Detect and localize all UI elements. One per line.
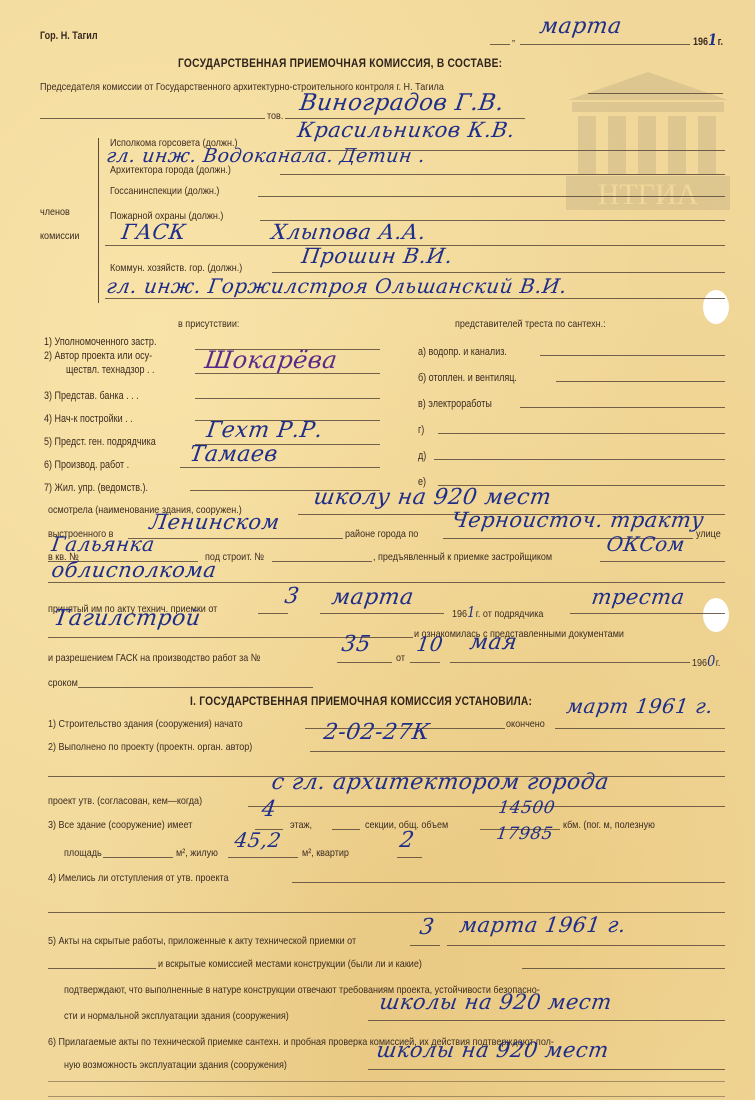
- contractor-value-2[interactable]: Тагилстрой: [52, 606, 202, 631]
- area-label: площадь: [64, 847, 102, 859]
- item6-line2: ную возможность эксплуатации здания (соо…: [64, 1059, 287, 1071]
- presence-label-7: 7) Жил. упр. (ведомств.).: [44, 482, 148, 494]
- member-value-gask[interactable]: ГАСК: [120, 220, 188, 244]
- item5-line4: сти и нормальной эксплуатации здания (со…: [64, 1010, 289, 1022]
- presence-label-1: 1) Уполномоченного застр.: [44, 336, 156, 348]
- street-label: улице: [696, 528, 721, 540]
- permit-day-value[interactable]: 10: [415, 632, 445, 656]
- archive-watermark-icon: НТГИА: [558, 70, 738, 210]
- trust-label-a: а) водопр. и канализ.: [418, 346, 507, 358]
- members-bracket: [98, 138, 99, 303]
- member-value-gorzhilstroy[interactable]: гл. инж. Горжилстроя Ольшанский В.И.: [105, 274, 569, 298]
- district-value[interactable]: Ленинском: [148, 510, 281, 534]
- permit-from-label: от: [396, 652, 405, 664]
- trust-label-v: в) электроработы: [418, 398, 492, 410]
- members-side-label-2: комиссии: [40, 230, 79, 242]
- member-label-communal: Коммун. хозяйств. гор. (должн.): [110, 262, 242, 274]
- trust-label-g: г): [418, 424, 424, 436]
- project-approved-value[interactable]: с гл. архитектором города: [270, 770, 611, 795]
- item5-line2: и вскрытые комиссией местами конструкции…: [158, 958, 422, 970]
- item5-value[interactable]: школы на 920 мест: [378, 990, 613, 1014]
- examined-value[interactable]: школу на 920 мест: [312, 485, 553, 510]
- living-area-value[interactable]: 45,2: [233, 828, 283, 852]
- document-title: ГОСУДАРСТВЕННАЯ ПРИЕМОЧНАЯ КОМИССИЯ, В С…: [178, 56, 502, 70]
- svg-text:НТГИА: НТГИА: [598, 178, 699, 210]
- item1-label: 1) Строительство здания (сооружения) нач…: [48, 718, 243, 730]
- presence-left-header: в присутствии:: [178, 318, 239, 330]
- district-label: районе города по: [345, 528, 418, 540]
- item2-value[interactable]: 2-02-27К: [322, 720, 431, 745]
- presence-label-2b: ществл. технадзор . .: [66, 364, 155, 376]
- volume-value-2[interactable]: 17985: [495, 824, 554, 844]
- presence-value-works[interactable]: Тамаев: [188, 442, 279, 467]
- presence-label-3: 3) Представ. банка . . .: [44, 390, 139, 402]
- quarter-value[interactable]: Гальянка: [50, 532, 156, 556]
- living-unit: м², квартир: [302, 847, 349, 859]
- member-value-ispolkom[interactable]: Красильников К.В.: [296, 118, 517, 142]
- presence-label-5: 5) Предст. ген. подрядчика: [44, 436, 156, 448]
- punch-hole: [703, 598, 729, 632]
- item3-label: 3) Все здание (сооружение) имеет: [48, 819, 192, 831]
- member-value-khlypova[interactable]: Хлыпова А.А.: [270, 220, 428, 244]
- presence-label-4: 4) Нач-к постройки . .: [44, 413, 133, 425]
- item5-date-value[interactable]: марта 1961 г.: [458, 913, 628, 937]
- act-year-label: 1961г. от подрядчика: [452, 603, 543, 621]
- act-day-value[interactable]: 3: [283, 584, 301, 609]
- permit-no-value[interactable]: 35: [340, 632, 373, 657]
- permit-label: и разрешением ГАСК на производство работ…: [48, 652, 260, 664]
- presented-label: , предъявленный к приемке застройщиком: [373, 551, 552, 563]
- item2-label: 2) Выполнено по проекту (проектн. орган.…: [48, 741, 252, 753]
- act-month-value[interactable]: марта: [330, 585, 415, 610]
- term-label: сроком: [48, 677, 78, 689]
- presence-value-contractor[interactable]: Гехт Р.Р.: [205, 418, 324, 443]
- header-month-value[interactable]: марта: [538, 14, 623, 39]
- chairman-name-value[interactable]: Виноградов Г.В.: [298, 90, 506, 116]
- contractor-value-1[interactable]: треста: [590, 585, 686, 609]
- presence-label-6: 6) Производ. работ .: [44, 459, 129, 471]
- area-unit: м², жилую: [176, 847, 218, 859]
- header-year: 1961г.: [693, 30, 723, 49]
- item4-label: 4) Имелись ли отступления от утв. проект…: [48, 872, 229, 884]
- item5-day-value[interactable]: 3: [418, 915, 436, 940]
- quote-mark: „: [512, 32, 515, 44]
- permit-year-label: 1960г.: [692, 652, 720, 670]
- volume-value-1[interactable]: 14500: [497, 798, 556, 818]
- developer-value-2[interactable]: облисполкома: [50, 558, 218, 582]
- section1-title: I. ГОСУДАРСТВЕННАЯ ПРИЕМОЧНАЯ КОМИССИЯ У…: [190, 694, 532, 708]
- developer-value-1[interactable]: ОКСом: [605, 532, 687, 556]
- project-approved-label: проект утв. (согласован, кем—когда): [48, 795, 202, 807]
- floors-value[interactable]: 4: [260, 797, 278, 822]
- item5-label: 5) Акты на скрытые работы, приложенные к…: [48, 935, 356, 947]
- floors-label: этаж,: [290, 819, 312, 831]
- street-value[interactable]: Черноисточ. тракту: [450, 508, 706, 532]
- presence-value-author[interactable]: Шокарёва: [203, 346, 339, 374]
- member-value-communal[interactable]: Прошин В.И.: [300, 244, 454, 268]
- document-page: НТГИА Гор. Н. Тагил „ марта 1961г. ГОСУД…: [0, 0, 755, 1100]
- city-label: Гор. Н. Тагил: [40, 30, 98, 42]
- item1-finished-value[interactable]: март 1961 г.: [565, 694, 715, 718]
- volume-label: кбм. (пог. м, полезную: [563, 819, 655, 831]
- tov-label: тов.: [267, 110, 283, 122]
- trust-label-d: д): [418, 450, 426, 462]
- presence-right-header: представителей треста по сантехн.:: [455, 318, 606, 330]
- presence-label-2: 2) Автор проекта или осу-: [44, 350, 152, 362]
- punch-hole: [703, 290, 729, 324]
- item1-finished-label: окончено: [506, 718, 545, 730]
- item6-value[interactable]: школы на 920 мест: [375, 1038, 610, 1062]
- member-label-architect: Архитектора города (должн.): [110, 164, 231, 176]
- trust-label-b: б) отоплен. и вентиляц.: [418, 372, 517, 384]
- permit-month-value[interactable]: мая: [468, 630, 519, 655]
- apartments-value[interactable]: 2: [398, 828, 416, 853]
- members-side-label-1: членов: [40, 206, 70, 218]
- member-label-sanitary: Госсанинспекции (должн.): [110, 185, 219, 197]
